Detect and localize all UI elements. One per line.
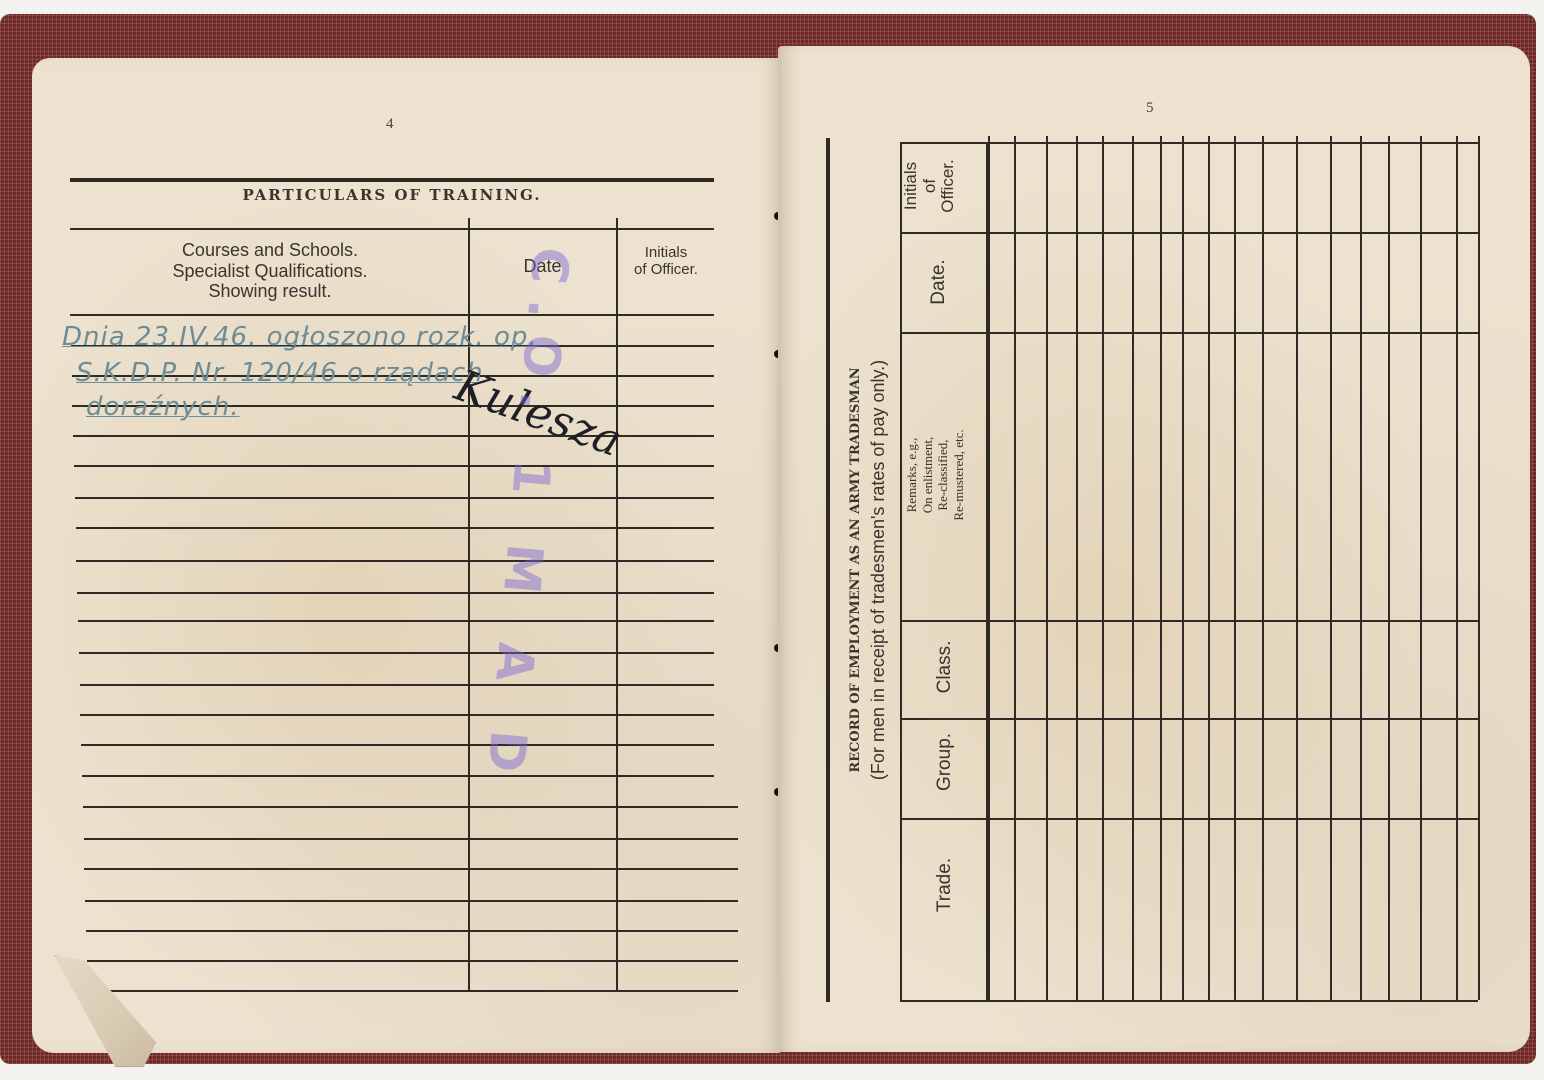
table-row-line [82, 775, 714, 777]
grid-column-line [1132, 136, 1134, 1000]
column-header-initials: Initials of Officer. [902, 140, 958, 232]
column-header-class: Class. [934, 619, 956, 715]
grid-column-line [1420, 136, 1422, 1000]
header-line: Initials [616, 244, 716, 261]
grid-row-line [900, 232, 1478, 234]
handwriting-line-3: doraźnych. [86, 392, 240, 422]
column-header-initials: Initials of Officer. [616, 244, 716, 279]
header-line: On enlistment, [920, 330, 936, 620]
employment-record-subtitle: (For men in receipt of tradesmen's rates… [868, 140, 889, 1000]
table-row-line [76, 560, 714, 562]
grid-column-line [1234, 136, 1236, 1000]
title-top-rule [70, 178, 714, 182]
grid-row-line [900, 718, 1478, 720]
grid-column-line [1046, 136, 1048, 1000]
header-line: Initials [902, 140, 921, 232]
table-row-line [84, 868, 738, 870]
grid-column-line [1102, 136, 1104, 1000]
column-divider-2 [616, 218, 618, 990]
table-row-line [77, 592, 714, 594]
grid-column-line [1296, 136, 1298, 1000]
grid-column-line [1182, 136, 1184, 1000]
grid-column-line [1076, 136, 1078, 1000]
header-line: Showing result. [110, 281, 430, 302]
column-header-group: Group. [934, 714, 956, 810]
grid-row-line [900, 1000, 1478, 1002]
table-row-line [74, 465, 714, 467]
table-row-line [85, 900, 738, 902]
table-row-line [87, 960, 738, 962]
grid-column-line [988, 136, 990, 1000]
column-header-remarks: Remarks, e.g., On enlistment, Re-classif… [904, 330, 966, 620]
header-line: Re-mustered, etc. [951, 330, 967, 620]
column-header-courses: Courses and Schools. Specialist Qualific… [110, 240, 430, 302]
grid-row-line [900, 818, 1478, 820]
table-row-line [88, 990, 738, 992]
header-line: of [921, 140, 940, 232]
page-number-left: 4 [386, 116, 394, 133]
grid-column-line [1262, 136, 1264, 1000]
grid-column-line [1456, 136, 1458, 1000]
page-right [778, 46, 1530, 1052]
grid-column-line [1160, 136, 1162, 1000]
grid-row-line [900, 620, 1478, 622]
table-row-line [79, 652, 714, 654]
grid-row-line [900, 332, 1478, 334]
header-line: Re-classified, [935, 330, 951, 620]
training-title: PARTICULARS OF TRAINING. [70, 186, 714, 204]
column-header-date: Date. [928, 234, 950, 330]
table-row-line [83, 806, 738, 808]
header-left-rule [900, 142, 902, 1000]
employment-record-title: RECORD OF EMPLOYMENT AS AN ARMY TRADESMA… [848, 140, 863, 1000]
grid-column-line [1388, 136, 1390, 1000]
grid-column-line [1014, 136, 1016, 1000]
table-row-line [80, 684, 714, 686]
grid-column-line [1330, 136, 1332, 1000]
header-line: Courses and Schools. [110, 240, 430, 261]
header-line: Officer. [939, 140, 958, 232]
handwriting-line-2: S.K.D.P. Nr. 120/46 o rządach [76, 358, 484, 388]
handwriting-line-1: Dnia 23.IV.46. ogłoszono rozk. op. [62, 322, 538, 352]
table-row-line [70, 314, 714, 316]
column-header-trade: Trade. [934, 825, 956, 945]
grid-column-line [1360, 136, 1362, 1000]
table-row-line [76, 527, 714, 529]
page-left [32, 58, 782, 1053]
table-row-line [80, 714, 714, 716]
table-row-line [78, 620, 714, 622]
title-side-rule [826, 138, 830, 1002]
grid-column-line [1208, 136, 1210, 1000]
grid-row-line [900, 142, 1478, 144]
page-number-right: 5 [1146, 100, 1154, 117]
table-row-line [75, 497, 714, 499]
table-row-line [86, 930, 738, 932]
header-line: of Officer. [616, 261, 716, 278]
header-line: Remarks, e.g., [904, 330, 920, 620]
header-line: Specialist Qualifications. [110, 261, 430, 282]
grid-column-line [1478, 136, 1480, 1000]
table-row-line [84, 838, 738, 840]
table-row-line [81, 744, 714, 746]
